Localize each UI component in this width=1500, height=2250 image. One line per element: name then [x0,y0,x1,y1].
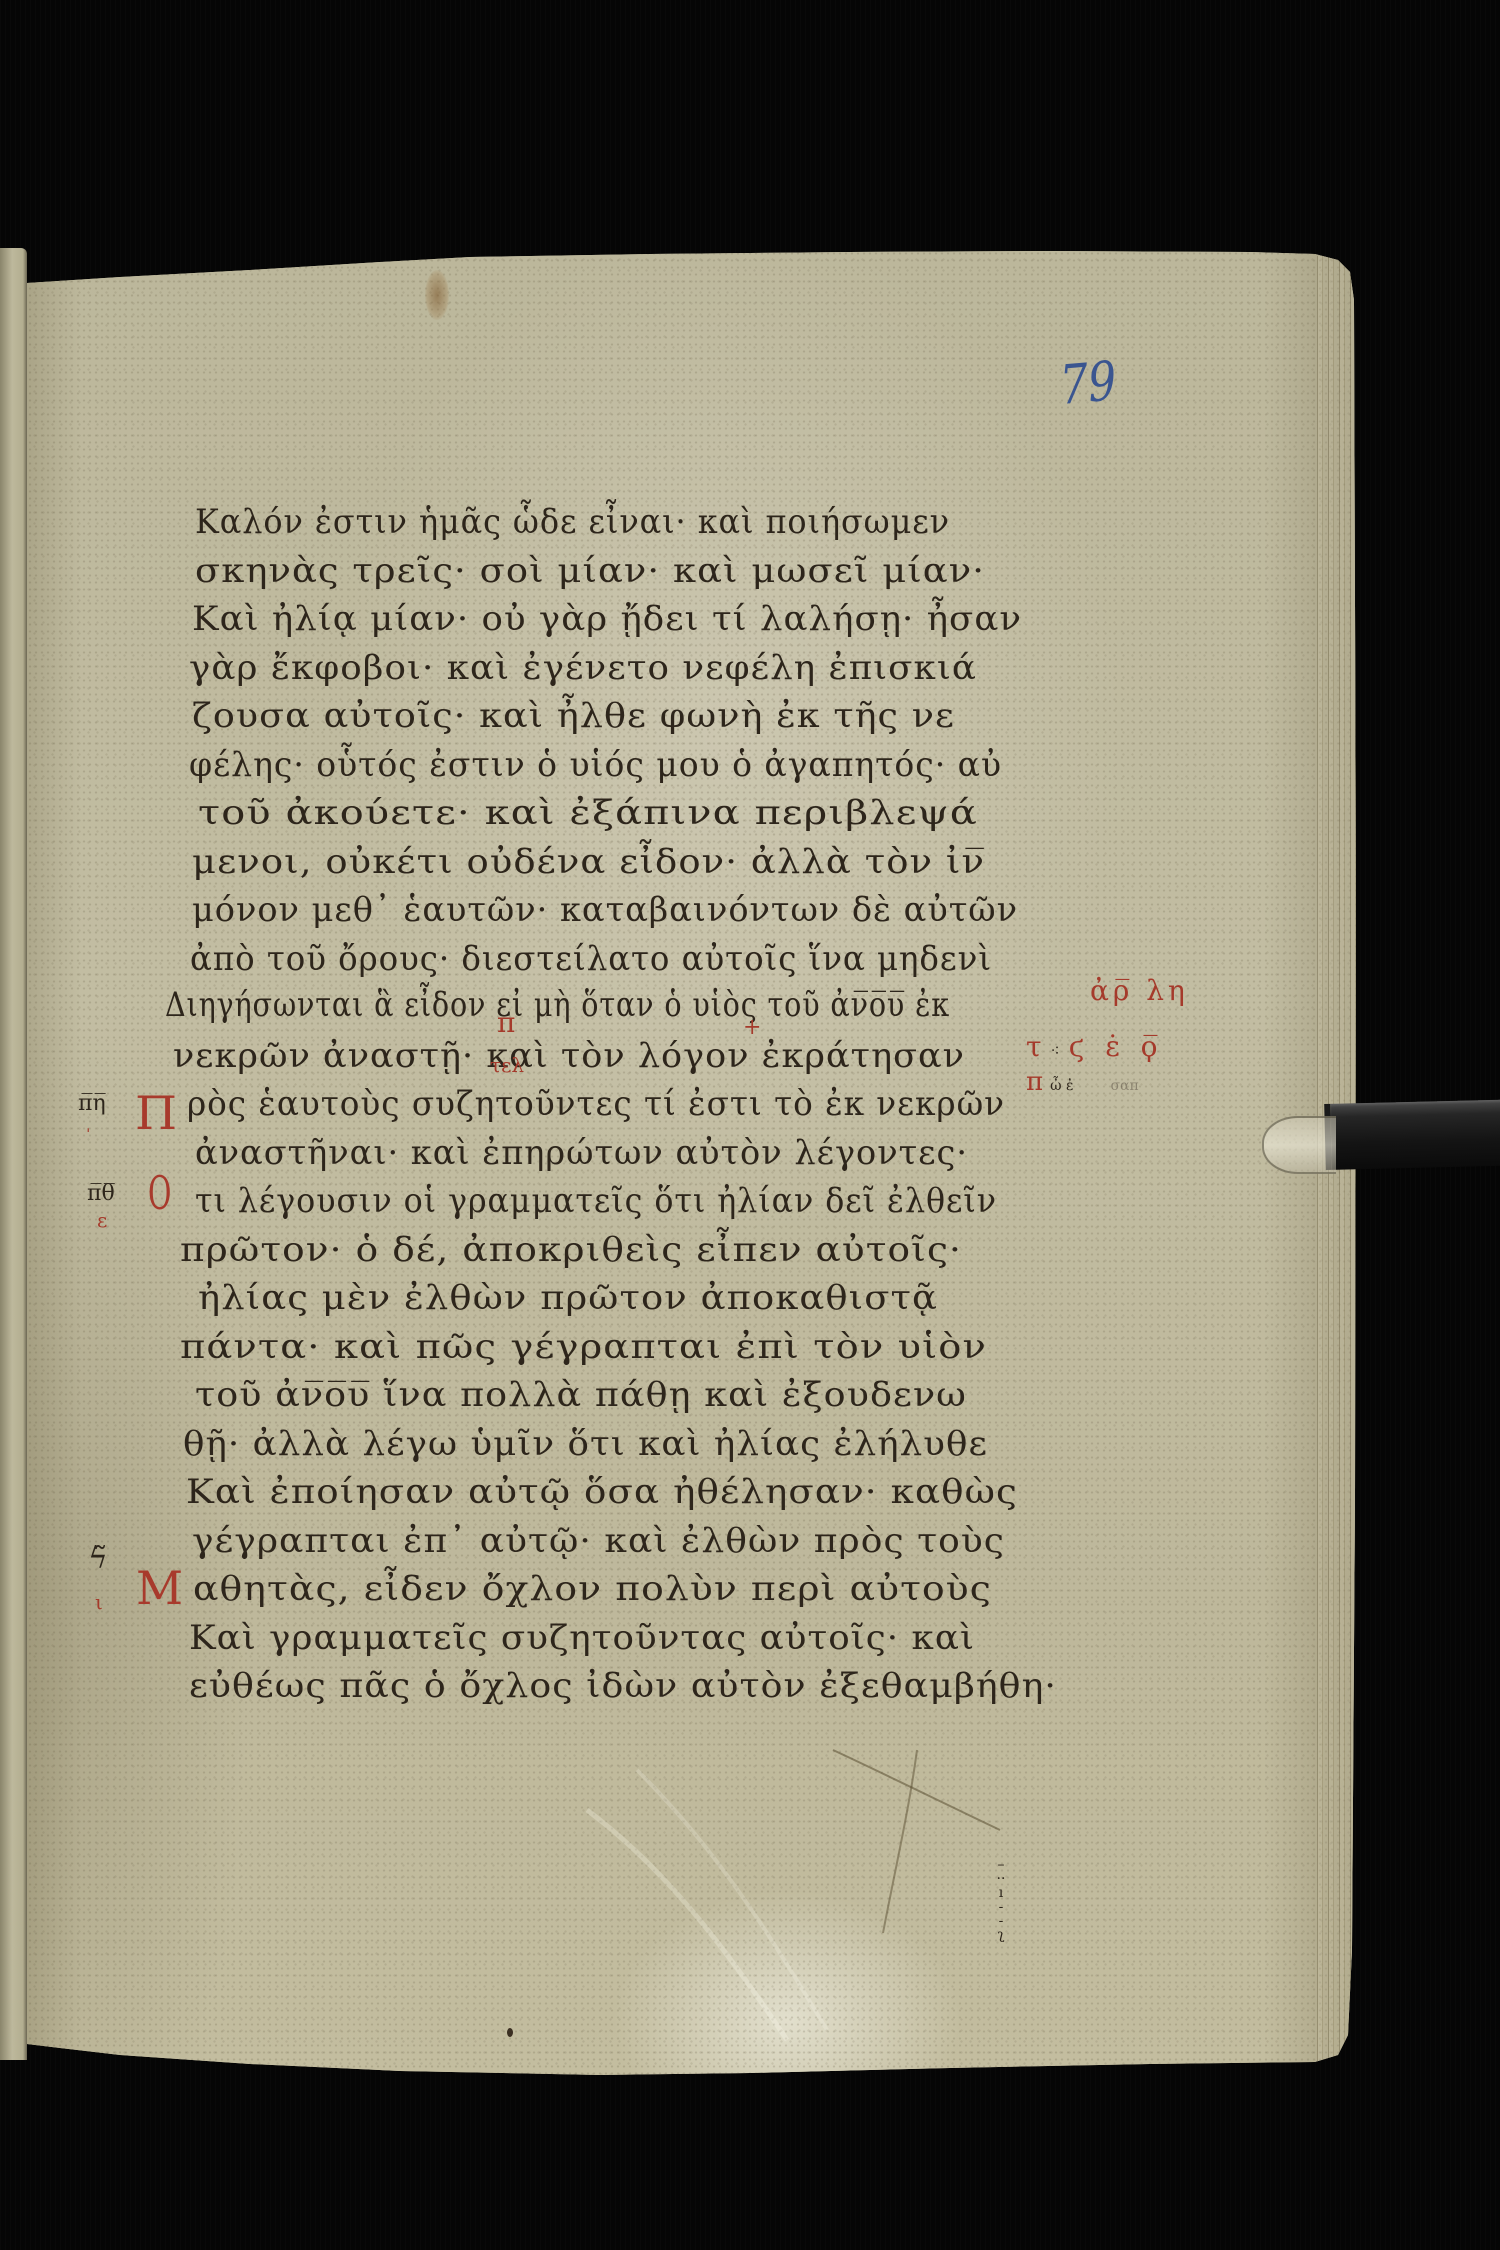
text-line: γὰρ ἔκφοβοι· καὶ ἐγένετο νεφέλη ἐπισκιά [189,646,941,690]
bottom-mark: – [994,1858,1008,1872]
text-line: ἀναστῆναι· καὶ ἐπηρώτων αὐτὸν λέγοντες· [195,1131,978,1175]
text-line: ρὸς ἑαυτοὺς συζητοῦντες τί ἐστι τὸ ἐκ νε… [187,1082,1038,1126]
margin-rubric-mark: ε [97,1208,107,1232]
bottom-mark: ·· [994,1872,1008,1886]
text-line: τοῦ ἀν̅ο̅υ̅ ἵνα πολλὰ πάθῃ καὶ ἐξουδενω [195,1373,915,1417]
bottom-mark: ʅ [994,1928,1008,1942]
lection-end-note: τ ⁖ ϛ ε̇ ϙ̅ [1026,1032,1164,1066]
bottom-mark: - [994,1900,1008,1914]
lection-end-numerals: ϛ ε̇ ϙ̅ [1069,1030,1164,1063]
lection-start-note: ἀρ̅ λη [1090,976,1189,1006]
telos-mark-bottom: τελ [490,1054,524,1076]
text-line: νεκρῶν ἀναστῇ· καὶ τὸν λόγον ἐκράτησαν [173,1034,942,1078]
bookmark-clip-tip [1262,1116,1336,1174]
cross-mark: + [743,1016,761,1040]
margin-rubric-mark: ι [95,1590,103,1614]
folio-number: 79 [1058,351,1118,416]
text-line: μόνον μεθ᾽ ἑαυτῶν· καταβαινόντων δὲ αὐτῶ… [192,888,1029,932]
rubric-initial-omicron: Ο [148,1170,171,1216]
lection-end-tau: τ [1026,1030,1042,1063]
text-line: ζουσα αὐτοῖς· καὶ ἦλθε φωνὴ ἐκ τῆς νε [192,694,903,738]
text-line: ἠλίας μὲν ἐλθὼν πρῶτον ἀποκαθιστᾷ [198,1276,880,1320]
lection-end-dots: ⁖ [1050,1041,1059,1060]
lection-day-faint: σαπ [1110,1078,1138,1094]
text-line: αθητὰς, εἶδεν ὄχλον πολὺν περὶ αὐτοὺς [193,1567,915,1611]
text-line: Καλόν ἐστιν ἡμᾶς ὧδε εἶναι· καὶ ποιήσωμε… [195,500,1001,544]
rubric-initial-mu: Μ [136,1565,183,1611]
margin-section-number: π̅η̅ [78,1092,106,1116]
margin-section-number: π̅θ̅ [87,1182,115,1206]
rubric-initial-pi: Π [135,1090,177,1136]
bottom-mark: - [994,1914,1008,1928]
lection-day-ink: ὦ ἐ [1050,1078,1073,1094]
text-line: τοῦ ἀκούετε· καὶ ἐξάπινα περιβλεψά [198,791,864,835]
text-line: Καὶ γραμματεῖς συζητοῦντας αὐτοῖς· καὶ [189,1616,939,1660]
adjacent-page-edge [0,248,27,2060]
margin-section-number: ϟ̃ [88,1542,108,1576]
text-line: πρῶτον· ὁ δέ, ἀποκριθεὶς εἶπεν αὐτοῖς· [180,1228,891,1272]
bottom-marks: – ·· ı - - ʅ [994,1858,1008,1942]
text-line: θῇ· ἀλλὰ λέγω ὑμῖν ὅτι καὶ ἠλίας ἐλήλυθε [183,1422,951,1466]
text-line: φέλης· οὗτός ἐστιν ὁ υἱός μου ὁ ἀγαπητός… [189,743,1026,787]
bookmark-clip-rod [1324,1100,1500,1170]
text-line: μενοι, οὐκέτι οὐδένα εἶδον· ἀλλὰ τὸν ἰν̅ [192,840,922,884]
margin-rubric-mark: ˌ [86,1113,90,1137]
lection-day-pi: π [1026,1067,1043,1097]
text-line: Καὶ ἐποίησαν αὐτῷ ὅσα ἠθέλησαν· καθὼς [186,1470,947,1514]
lection-day-note: π ὦ ἐ σαπ [1026,1070,1139,1098]
bottom-mark: ı [994,1886,1008,1900]
telos-mark-top: π [497,1008,515,1038]
text-line: γέγραπται ἐπ᾽ αὐτῷ· καὶ ἐλθὼν πρὸς τοὺς [192,1519,960,1563]
text-line: τι λέγουσιν οἱ γραμματεῖς ὅτι ἠλίαν δεῖ … [195,1179,1054,1223]
text-line: σκηνὰς τρεῖς· σοὶ μίαν· καὶ μωσεῖ μίαν· [195,549,924,593]
text-line: εὐθέως πᾶς ὁ ὄχλος ἰδὼν αὐτὸν ἐξεθαμβήθη… [189,1664,1003,1708]
text-line: ἀπὸ τοῦ ὄρους· διεστείλατο αὐτοῖς ἵνα μη… [190,937,1031,981]
text-line: πάντα· καὶ πῶς γέγραπται ἐπὶ τὸν υἱὸν [180,1325,895,1369]
text-line: Διηγήσωνται ἃ εἶδον εἰ μὴ ὅταν ὁ υἱὸς το… [165,983,1098,1027]
text-line: Καὶ ἠλίᾳ μίαν· οὐ γὰρ ᾔδει τί λαλήσῃ· ἦσ… [192,597,987,641]
